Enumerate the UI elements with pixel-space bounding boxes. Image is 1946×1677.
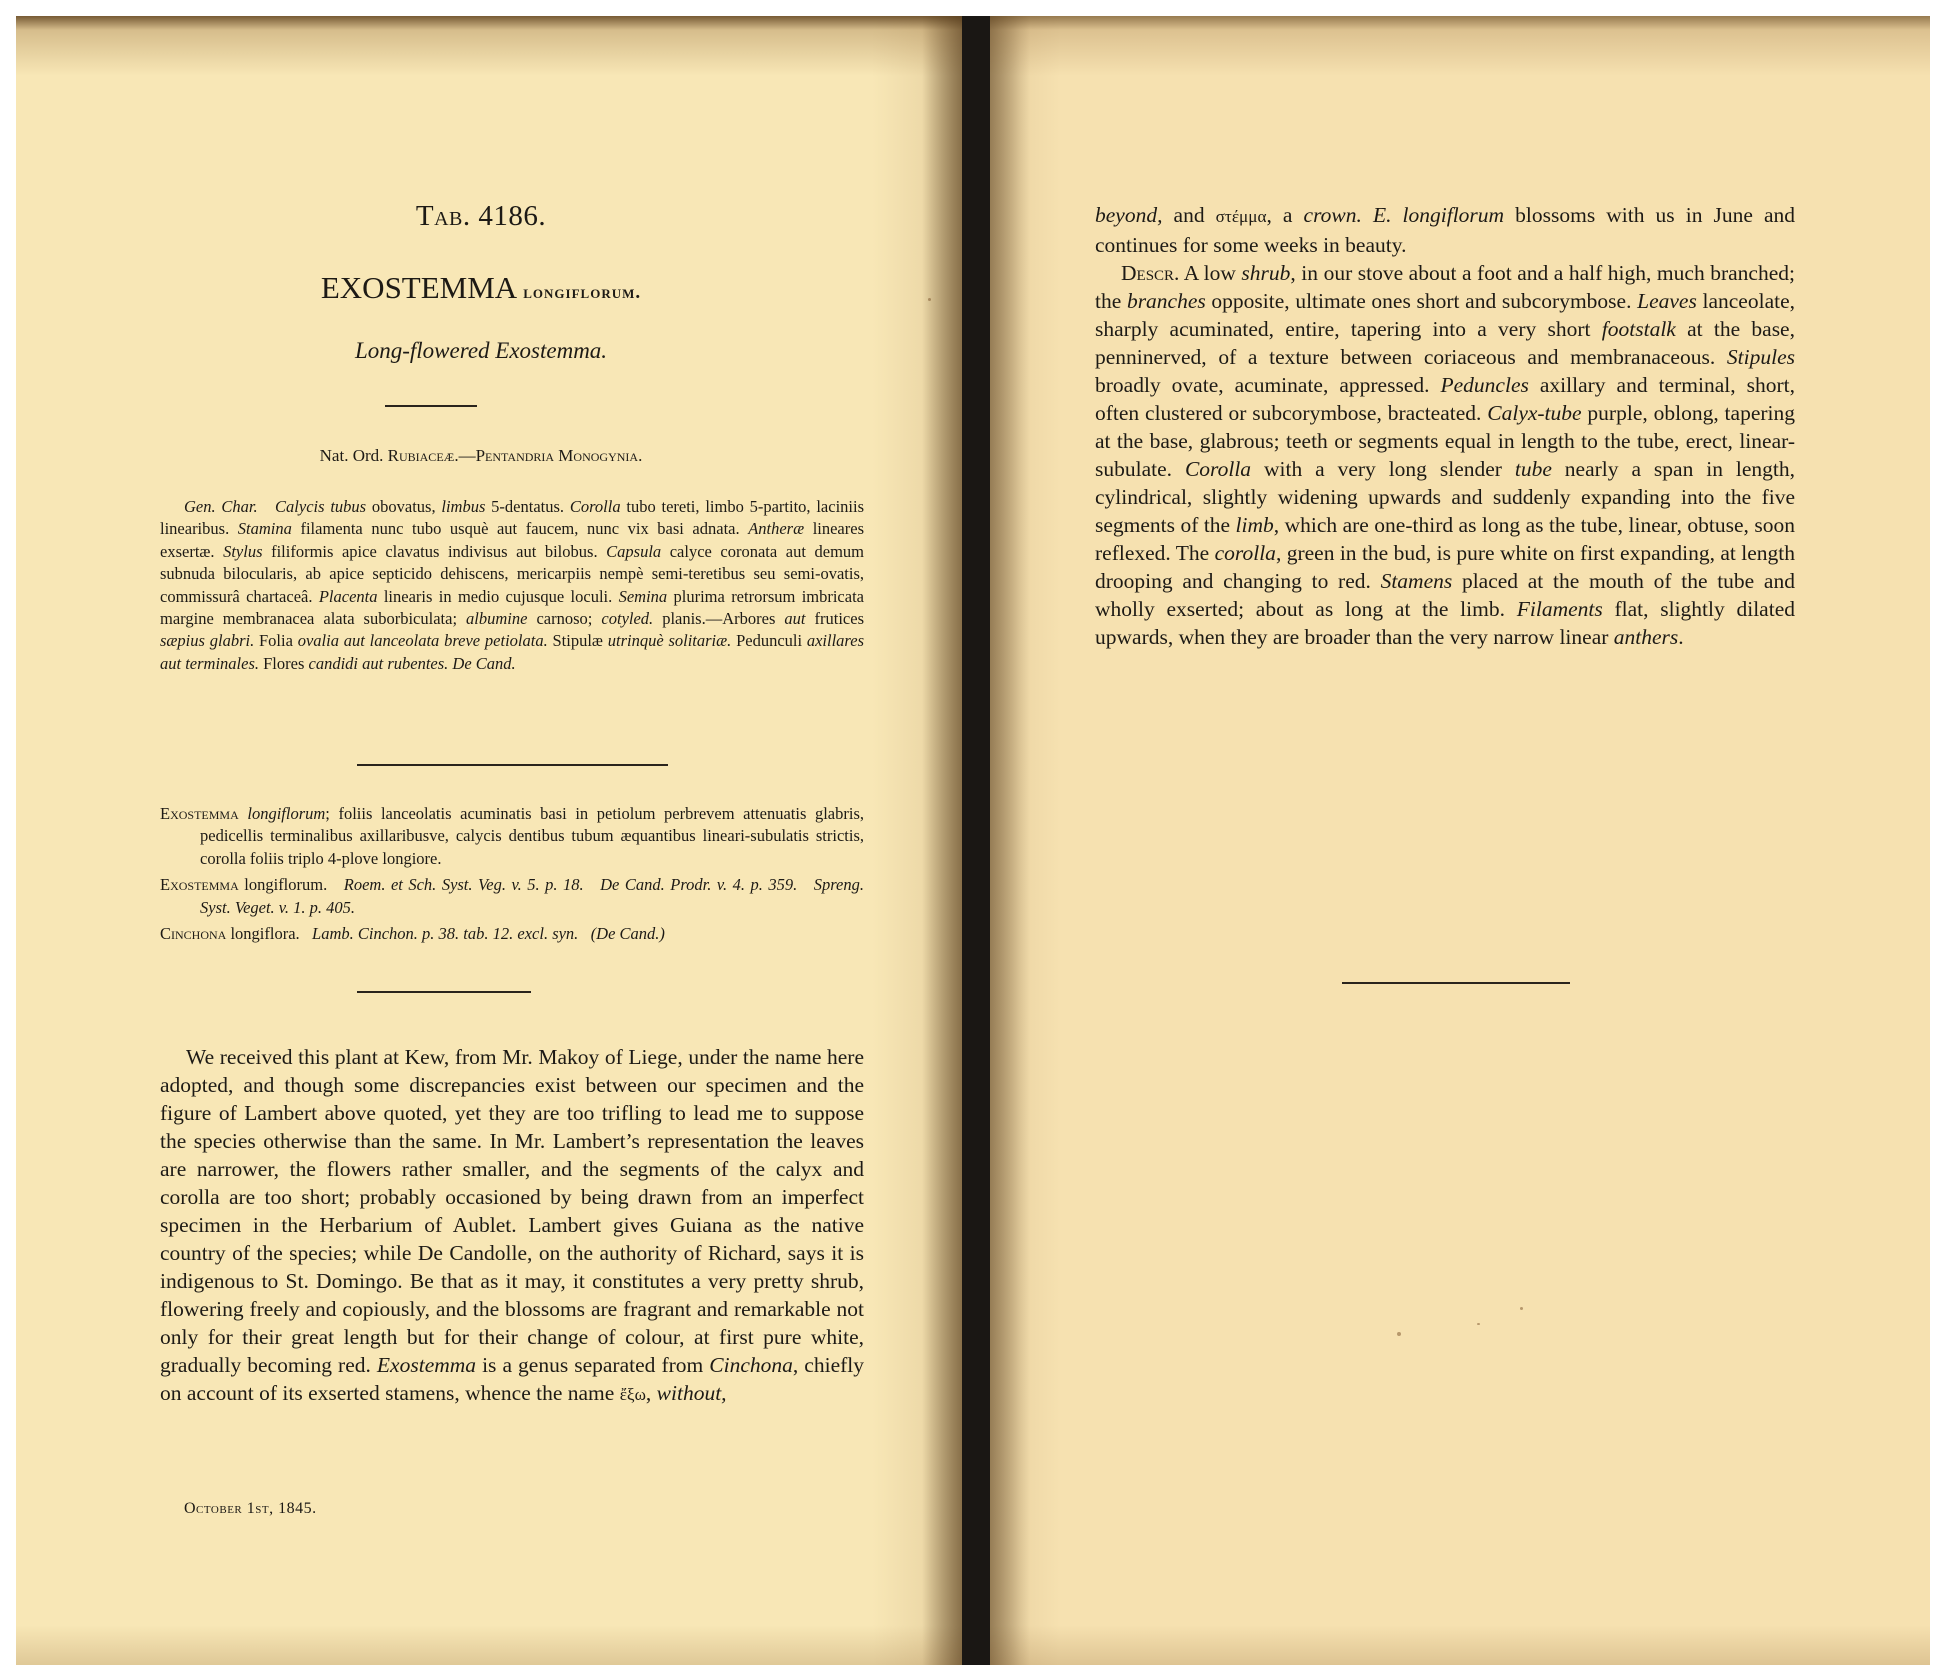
description-text: beyond, and στέμμα, a crown. E. longiflo… [1095, 201, 1795, 651]
text-span: tube [1515, 457, 1552, 481]
text-span: Calyx-tube [1487, 401, 1581, 425]
text-span: cotyled. [601, 609, 653, 628]
continuation-paragraph: beyond, and στέμμα, a crown. E. longiflo… [1095, 201, 1795, 259]
text-span: anthers [1614, 625, 1679, 649]
text-span: aut [784, 609, 805, 628]
gutter-shadow [922, 16, 962, 1665]
text-span: limb [1236, 513, 1274, 537]
species-epithet: longiflorum. [523, 282, 641, 303]
divider-rule [385, 405, 477, 407]
foxing-spot [1397, 1332, 1401, 1336]
text-span: with a very long slender [1251, 457, 1515, 481]
foxing-spot [1477, 1323, 1480, 1325]
text-span [1362, 203, 1373, 227]
tab-number: 4186. [478, 200, 546, 232]
text-span: candidi aut rubentes. [309, 654, 449, 673]
text-span: is a genus separated from [476, 1353, 709, 1377]
text-span: We received this plant at Kew, from Mr. … [160, 1045, 864, 1377]
synonym-entry: Exostemma longiflorum; foliis lanceolati… [160, 803, 864, 870]
text-span: Placenta [319, 587, 378, 606]
descr-label: Descr. [1121, 261, 1179, 285]
text-span: ovalia aut lanceolata breve petiolata. [298, 631, 548, 650]
greek-word: στέμμα [1216, 207, 1267, 226]
text-span: Stipulæ [548, 631, 608, 650]
text-span: without, [657, 1381, 727, 1405]
synonym-genus: Exostemma [160, 804, 239, 823]
text-span: broadly ovate, acuminate, appressed. [1095, 373, 1441, 397]
greek-word: ἔξω [620, 1385, 646, 1404]
text-span: E. longiflorum [1373, 203, 1504, 227]
text-span: corolla [1215, 541, 1276, 565]
text-span: Capsula [606, 542, 661, 561]
text-span: sæpius glabri. [160, 631, 254, 650]
text-span: opposite, ultimate ones short and subcor… [1206, 289, 1637, 313]
text-span: crown. [1304, 203, 1362, 227]
nat-ord-family: Rubiaceæ. [388, 446, 459, 465]
text-span: Corolla [570, 497, 621, 516]
text-span: shrub [1241, 261, 1290, 285]
text-span: branches [1127, 289, 1206, 313]
text-span: albumine [466, 609, 527, 628]
text-span: Folia [254, 631, 298, 650]
text-span: filamenta nunc tubo usquè aut faucem, nu… [292, 519, 748, 538]
synonym-reference: Lamb. Cinchon. p. 38. tab. 12. excl. syn… [312, 924, 578, 943]
text-span: planis.—Arbores [653, 609, 784, 628]
divider-rule [1342, 982, 1570, 984]
generic-character: Gen. Char. Calycis tubus obovatus, limbu… [160, 496, 864, 675]
text-span: utrinquè solitariæ. [608, 631, 732, 650]
text-span: , a [1266, 203, 1303, 227]
book-spread: Tab. 4186. EXOSTEMMA longiflorum. Long-f… [16, 16, 1930, 1665]
nat-ord-class: —Pentandria Monogynia. [459, 446, 643, 465]
publication-date: October 1st, 1845. [184, 1500, 317, 1518]
natural-order: Nat. Ord. Rubiaceæ.—Pentandria Monogynia… [16, 446, 946, 466]
text-span: Pedunculi [731, 631, 807, 650]
text-span: 5-dentatus. [485, 497, 569, 516]
text-span: Flores [259, 654, 309, 673]
synonym-genus: Cinchona [160, 924, 226, 943]
foxing-spot [928, 298, 931, 301]
species-title: EXOSTEMMA longiflorum. [16, 270, 946, 306]
synonym-name: longiflorum. [239, 875, 333, 894]
text-span: Semina [619, 587, 668, 606]
text-span: filiformis apice clavatus indivisus aut … [263, 542, 607, 561]
text-span: Stamina [238, 519, 292, 538]
text-span: beyond, [1095, 203, 1162, 227]
text-span: Stamens [1381, 569, 1453, 593]
text-span: and [1162, 203, 1215, 227]
divider-rule [357, 764, 668, 766]
synonym-name: longiflora. [226, 924, 303, 943]
text-span: obovatus, [366, 497, 441, 516]
plate-number: Tab. 4186. [16, 200, 946, 233]
right-page: beyond, and στέμμα, a crown. E. longiflo… [990, 16, 1930, 1665]
text-span: linearis in medio cujusque loculi. [378, 587, 619, 606]
left-page: Tab. 4186. EXOSTEMMA longiflorum. Long-f… [16, 16, 962, 1665]
text-span: carnoso; [527, 609, 601, 628]
text-span: . [1678, 625, 1683, 649]
gutter-shadow [990, 16, 1030, 1665]
text-span: limbus [441, 497, 485, 516]
nat-ord-label: Nat. Ord. [320, 446, 384, 465]
text-span: Leaves [1637, 289, 1697, 313]
description-paragraph: Descr. A low shrub, in our stove about a… [1095, 259, 1795, 651]
text-span: Corolla [1185, 457, 1251, 481]
synonym-genus: Exostemma [160, 875, 239, 894]
text-span: Filaments [1517, 597, 1603, 621]
divider-rule [357, 991, 531, 993]
body-paragraph: We received this plant at Kew, from Mr. … [160, 1043, 864, 1409]
text-span: Stylus [223, 542, 262, 561]
synonym-species: longiflorum [247, 804, 325, 823]
text-span: Exostemma [377, 1353, 476, 1377]
synonymy: Exostemma longiflorum; foliis lanceolati… [160, 803, 864, 949]
text-span: Stipules [1727, 345, 1795, 369]
genus-name: EXOSTEMMA [321, 270, 516, 305]
text-span: frutices [806, 609, 865, 628]
text-span: Antheræ [748, 519, 804, 538]
gen-char-label: Gen. Char. [184, 497, 258, 516]
tab-label: Tab. [416, 200, 471, 232]
synonym-entry: Cinchona longiflora. Lamb. Cinchon. p. 3… [160, 923, 864, 945]
synonym-reference: (De Cand.) [591, 924, 665, 943]
synonym-reference: Roem. et Sch. Syst. Veg. v. 5. p. 18. [344, 875, 584, 894]
text-span: Calycis tubus [275, 497, 366, 516]
text-span: , [646, 1381, 657, 1405]
text-span: A low [1179, 261, 1241, 285]
text-span: Cinchona [709, 1353, 793, 1377]
synonym-reference: De Cand. Prodr. v. 4. p. 359. [600, 875, 797, 894]
text-span: De Cand. [448, 654, 515, 673]
common-name: Long-flowered Exostemma. [16, 338, 946, 364]
foxing-spot [1520, 1307, 1523, 1310]
synonym-entry: Exostemma longiflorum. Roem. et Sch. Sys… [160, 874, 864, 919]
text-span: footstalk [1602, 317, 1676, 341]
text-span: Peduncles [1441, 373, 1529, 397]
